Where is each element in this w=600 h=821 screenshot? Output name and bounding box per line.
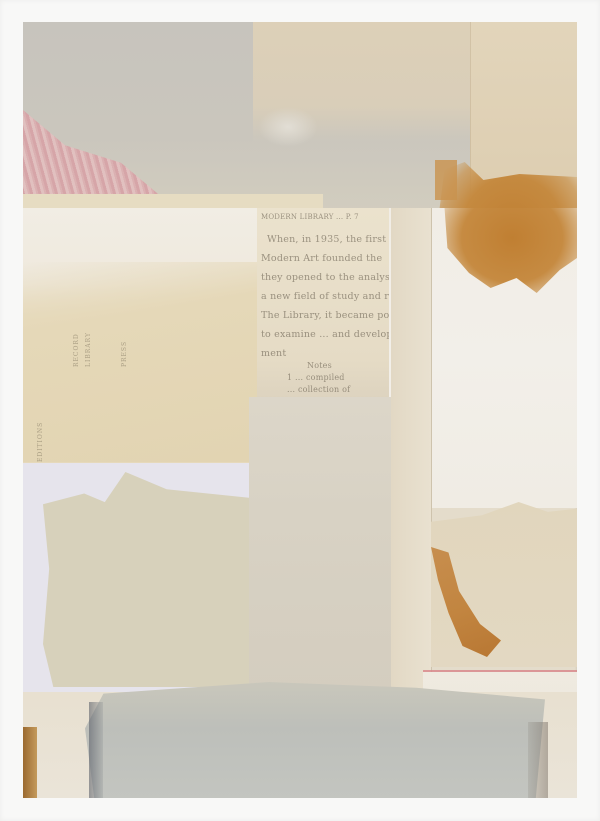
dark-stroke-edge-right xyxy=(528,722,548,798)
book-page-line-4: a new field of study and re xyxy=(261,287,395,306)
sage-paint-patch xyxy=(43,472,249,687)
vertical-text-fragment-4: EDITIONS xyxy=(37,402,44,462)
picture-frame: RECORD LIBRARY PRESS EDITIONS MODERN LIB… xyxy=(0,0,600,821)
book-page-line-1: When, in 1935, the first xyxy=(267,230,386,249)
grey-paper-rectangle-center xyxy=(249,397,392,692)
vertical-text-fragment-2: LIBRARY xyxy=(85,307,92,367)
ochre-drip-top xyxy=(435,160,457,200)
vertical-text-fragment-3: PRESS xyxy=(121,307,128,367)
slate-grey-brushstroke-bottom xyxy=(85,682,545,798)
collage-artwork: RECORD LIBRARY PRESS EDITIONS MODERN LIB… xyxy=(23,22,577,798)
ochre-fragment-bottom-left xyxy=(23,727,37,798)
book-page-header: MODERN LIBRARY ... P. 7 xyxy=(261,208,359,227)
pale-smudge xyxy=(258,107,318,147)
book-page-line-2: Modern Art founded the xyxy=(261,249,382,268)
book-page-line-3: they opened to the analyst xyxy=(261,268,394,287)
book-page-fragment: MODERN LIBRARY ... P. 7 When, in 1935, t… xyxy=(257,208,390,398)
beige-tape-strip xyxy=(23,194,323,208)
beige-strip-center-right xyxy=(391,208,432,688)
dark-stroke-edge-left xyxy=(89,702,103,798)
book-page-line-6: to examine ... and develop xyxy=(261,325,393,344)
book-page-line-7: ment xyxy=(261,344,286,363)
sand-wash-left xyxy=(23,262,258,462)
book-page-line-5: The Library, it became po xyxy=(261,306,389,325)
vertical-text-fragment-1: RECORD xyxy=(73,307,80,367)
